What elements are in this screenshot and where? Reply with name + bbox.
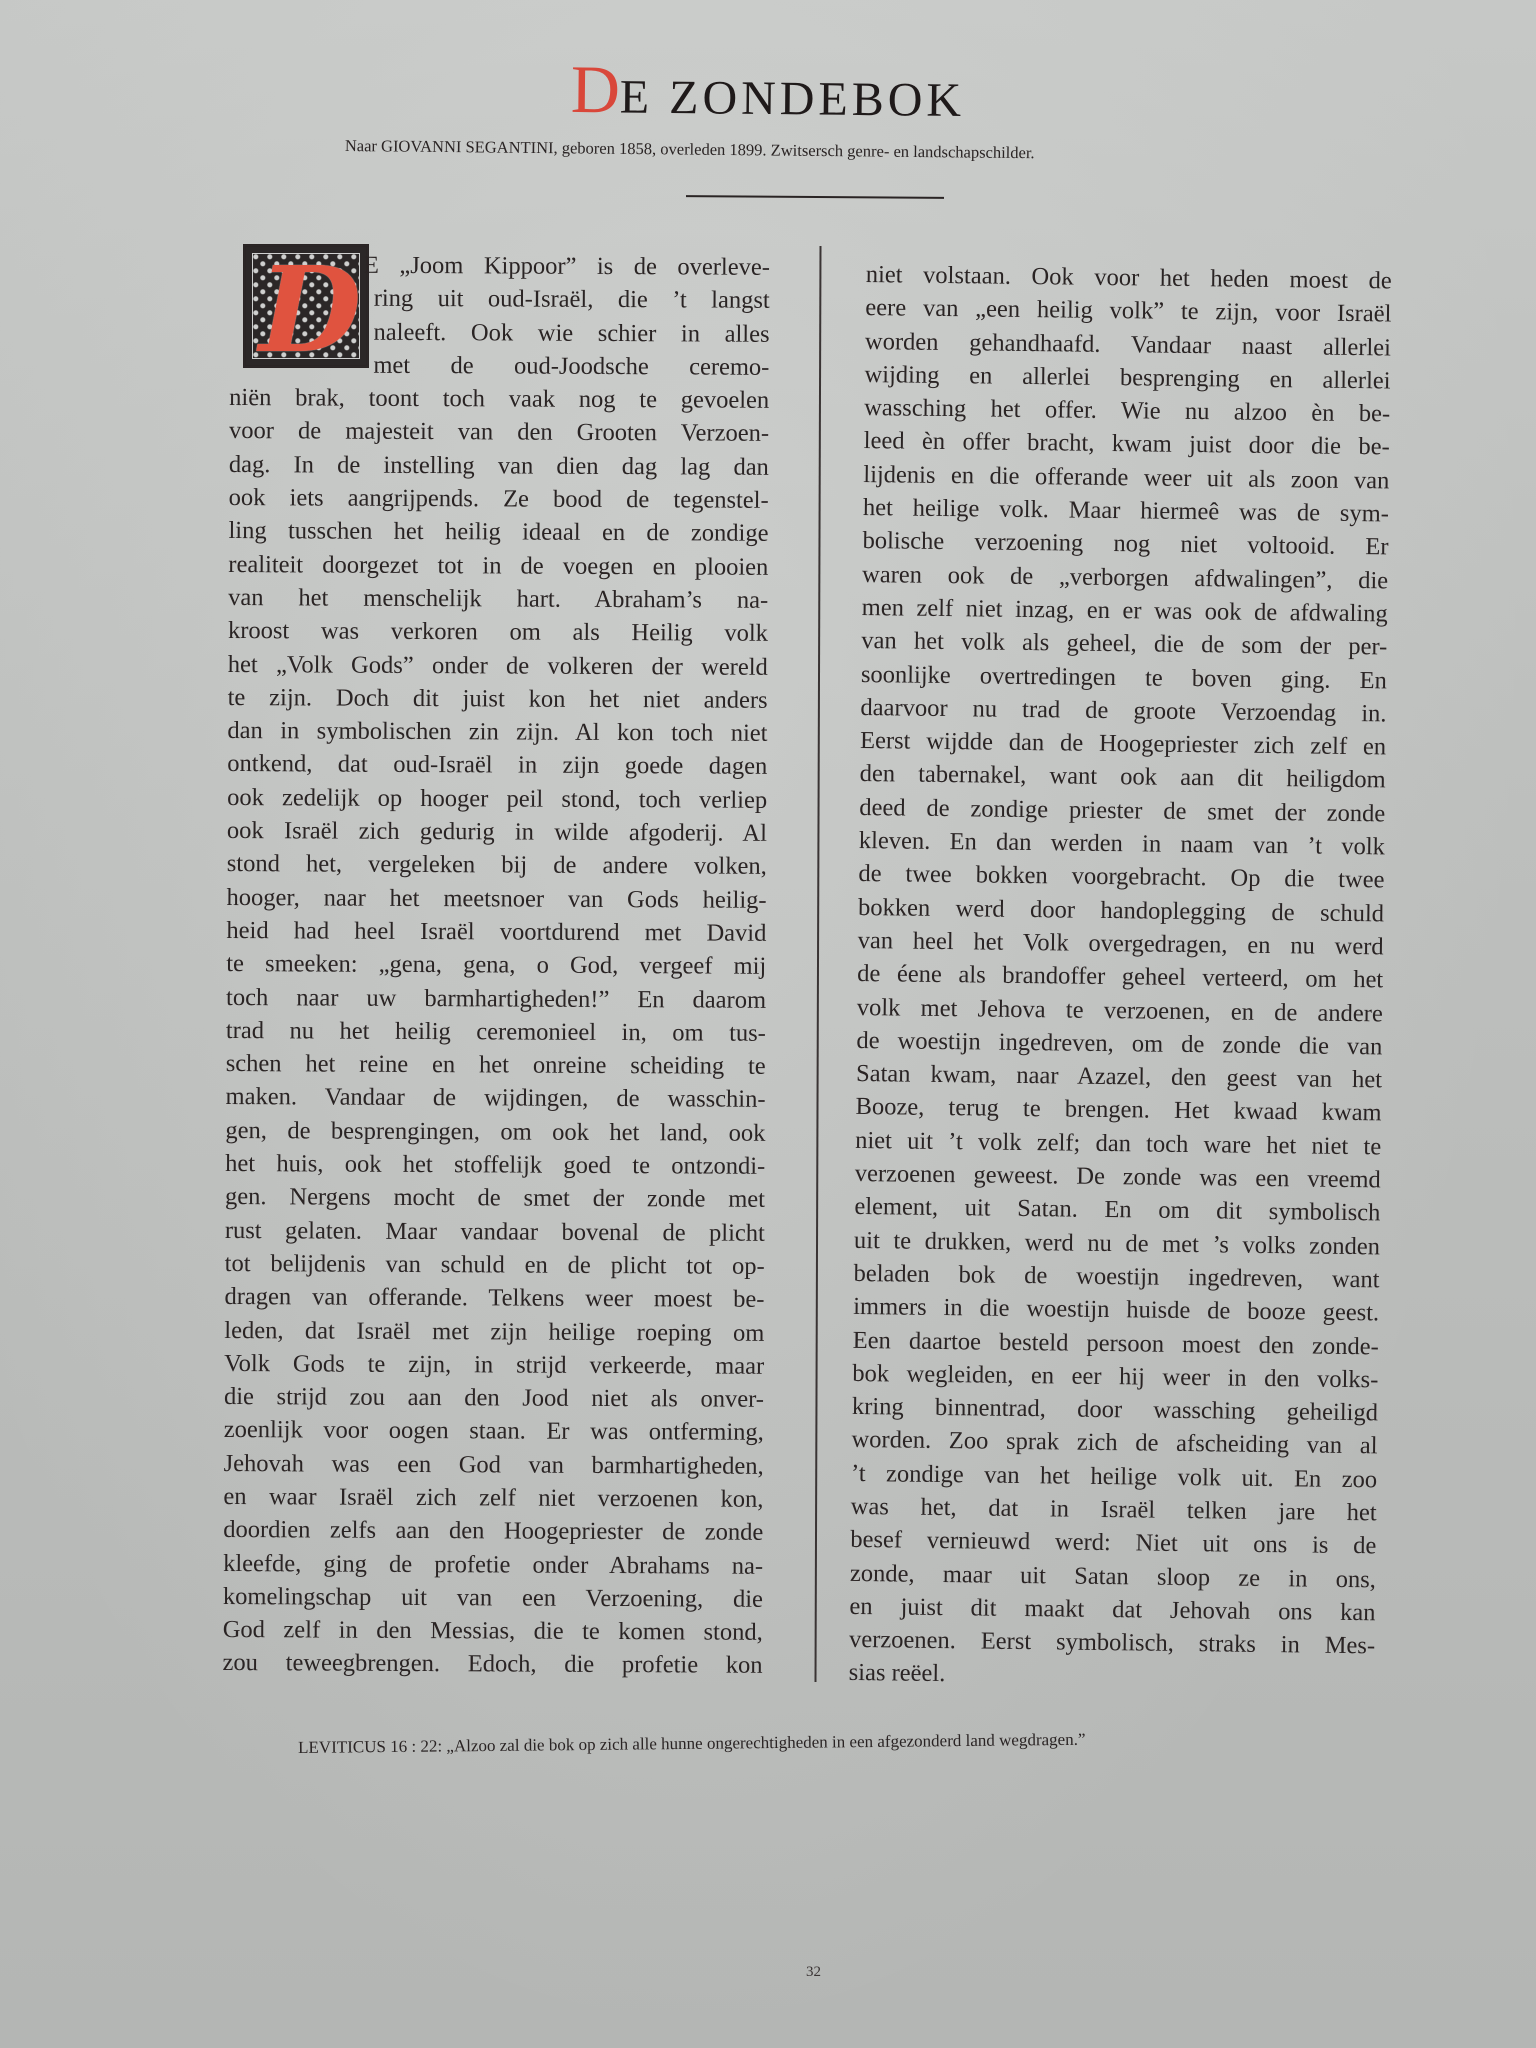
subtitle: Naar GIOVANNI SEGANTINI, geboren 1858, o… <box>345 136 1275 166</box>
text-line: ook iets aangrijpends. Ze bood de tegens… <box>229 481 769 517</box>
text-line: van het menschelijk hart. Abraham’s na- <box>228 581 768 617</box>
text-line: ring uit oud-Israël, die ’t langst <box>374 282 770 317</box>
text-line: voor de majesteit van den Grooten Verzoe… <box>229 414 769 450</box>
text-line: doordien zelfs aan den Hoogepriester de … <box>223 1513 763 1549</box>
footer-quote: LEVITICUS 16 : 22: „Alzoo zal die bok op… <box>298 1727 1388 1758</box>
text-line: kroost was verkoren om als Heilig volk <box>228 614 768 650</box>
text-line: trad nu het heilig ceremonieel in, om tu… <box>226 1014 766 1050</box>
text-line: zou teweegbrengen. Edoch, die profetie k… <box>223 1646 763 1682</box>
text-line: ling tusschen het heilig ideaal en de zo… <box>228 514 768 550</box>
text-line: rust gelaten. Maar vandaar bovenal de pl… <box>225 1214 765 1250</box>
title-initial: D <box>570 51 620 128</box>
text-line: tot belijdenis van schuld en de plicht t… <box>225 1247 765 1283</box>
text-line: te zijn. Doch dit juist kon het niet and… <box>228 681 768 717</box>
column-divider <box>814 246 821 1682</box>
text-line: en waar Israël zich zelf niet verzoenen … <box>223 1480 763 1516</box>
text-line: gen, de besprengingen, om ook het land, … <box>225 1114 765 1150</box>
text-line: zoenlijk voor oogen staan. Er was ontfer… <box>224 1413 764 1449</box>
text-line: dag. In de instelling van dien dag lag d… <box>229 448 769 484</box>
text-line: Jehovah was een God van barmhartigheden, <box>224 1447 764 1483</box>
text-line: die strijd zou aan den Jood niet als onv… <box>224 1380 764 1416</box>
text-line: dragen van offerande. Telkens weer moest… <box>224 1280 764 1316</box>
text-line: gen. Nergens mocht de smet der zonde met <box>225 1180 765 1216</box>
text-line: naleeft. Ook wie schier in alles <box>373 315 769 350</box>
text-line: het „Volk Gods” onder de volkeren der we… <box>228 648 768 684</box>
title-rule <box>686 195 944 199</box>
text-line: het huis, ook het stoffelijk goed te ont… <box>225 1147 765 1183</box>
text-line: dan in symbolischen zin zijn. Al kon toc… <box>227 714 767 750</box>
text-line: hooger, naar het meetsnoer van Gods heil… <box>227 881 767 917</box>
text-line: stond het, vergeleken bij de andere volk… <box>227 847 767 883</box>
text-line: schen het reine en het onreine scheiding… <box>226 1047 766 1083</box>
text-line: kleefde, ging de profetie onder Abrahams… <box>223 1547 763 1583</box>
text-line: niën brak, toont toch vaak nog te gevoel… <box>229 381 769 417</box>
text-line: leden, dat Israël met zijn heilige roepi… <box>224 1313 764 1349</box>
right-column: niet volstaan. Ook voor het heden moest … <box>849 258 1392 1696</box>
text-line: toch naar uw barmhartigheden!” En daarom <box>226 981 766 1017</box>
title-text: E ZONDEBOK <box>620 70 966 127</box>
text-line: ook Israël zich gedurig in wilde afgoder… <box>227 814 767 850</box>
page-number: 32 <box>806 1964 821 1981</box>
text-line: met de oud-Joodsche ceremo- <box>373 349 769 384</box>
page-title: DE ZONDEBOK <box>0 44 1536 139</box>
text-line: maken. Vandaar de wijdingen, de wasschin… <box>225 1080 765 1116</box>
text-line: heid had heel Israël voortdurend met Dav… <box>226 914 766 950</box>
text-line: sias reëel. <box>849 1656 1375 1696</box>
text-line: E „Joom Kippoor” is de overleve- <box>364 249 770 284</box>
text-line: Volk Gods te zijn, in strijd verkeerde, … <box>224 1347 764 1383</box>
text-line: realiteit doorgezet tot in de voegen en … <box>228 548 768 584</box>
left-column: E „Joom Kippoor” is de overleve-ring uit… <box>223 248 770 1683</box>
text-line: te smeeken: „gena, gena, o God, vergeef … <box>226 947 766 983</box>
text-line: ontkend, dat oud-Israël in zijn goede da… <box>227 747 767 783</box>
text-line: God zelf in den Messias, die te komen st… <box>223 1613 763 1649</box>
text-line: komelingschap uit van een Verzoening, di… <box>223 1580 763 1616</box>
text-line: ook zedelijk op hooger peil stond, toch … <box>227 781 767 817</box>
book-page: DE ZONDEBOK Naar GIOVANNI SEGANTINI, geb… <box>0 0 1536 2048</box>
